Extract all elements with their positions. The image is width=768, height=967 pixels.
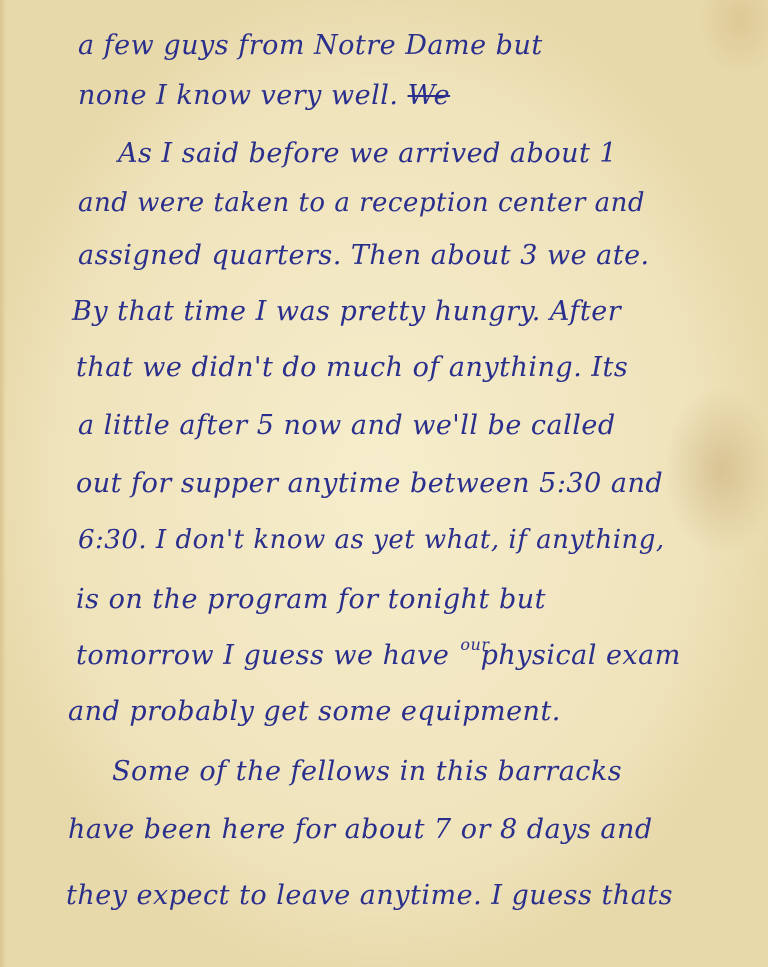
letter-line-16: they expect to leave anytime. I guess th… <box>66 880 673 911</box>
letter-line-10: 6:30. I don't know as yet what, if anyth… <box>78 525 665 555</box>
letter-line-7: that we didn't do much of anything. Its <box>76 352 628 383</box>
letter-line-2: none I know very well. We <box>78 80 450 111</box>
letter-line-2-text: none I know very well. <box>78 80 398 111</box>
letter-line-14: Some of the fellows in this barracks <box>112 756 622 787</box>
letter-line-13: and probably get some equipment. <box>68 696 561 727</box>
letter-line-12-before: tomorrow I guess we have <box>76 640 449 671</box>
letter-line-11: is on the program for tonight but <box>76 584 546 615</box>
letter-line-12-after: physical exam <box>481 640 681 671</box>
struck-word: We <box>408 80 451 111</box>
inserted-word: our <box>460 635 489 654</box>
letter-line-15: have been here for about 7 or 8 days and <box>68 814 653 845</box>
letter-line-12: tomorrow I guess we have our physical ex… <box>76 640 681 671</box>
letter-page: a few guys from Notre Dame but none I kn… <box>0 0 768 967</box>
letter-line-4: and were taken to a reception center and <box>78 188 645 218</box>
letter-line-9: out for supper anytime between 5:30 and <box>76 468 663 499</box>
letter-line-8: a little after 5 now and we'll be called <box>78 410 616 441</box>
letter-line-5: assigned quarters. Then about 3 we ate. <box>78 240 650 271</box>
letter-line-6: By that time I was pretty hungry. After <box>72 296 621 327</box>
letter-line-1: a few guys from Notre Dame but <box>78 30 543 61</box>
paper-edge <box>0 0 6 967</box>
letter-line-3: As I said before we arrived about 1 <box>118 138 617 169</box>
